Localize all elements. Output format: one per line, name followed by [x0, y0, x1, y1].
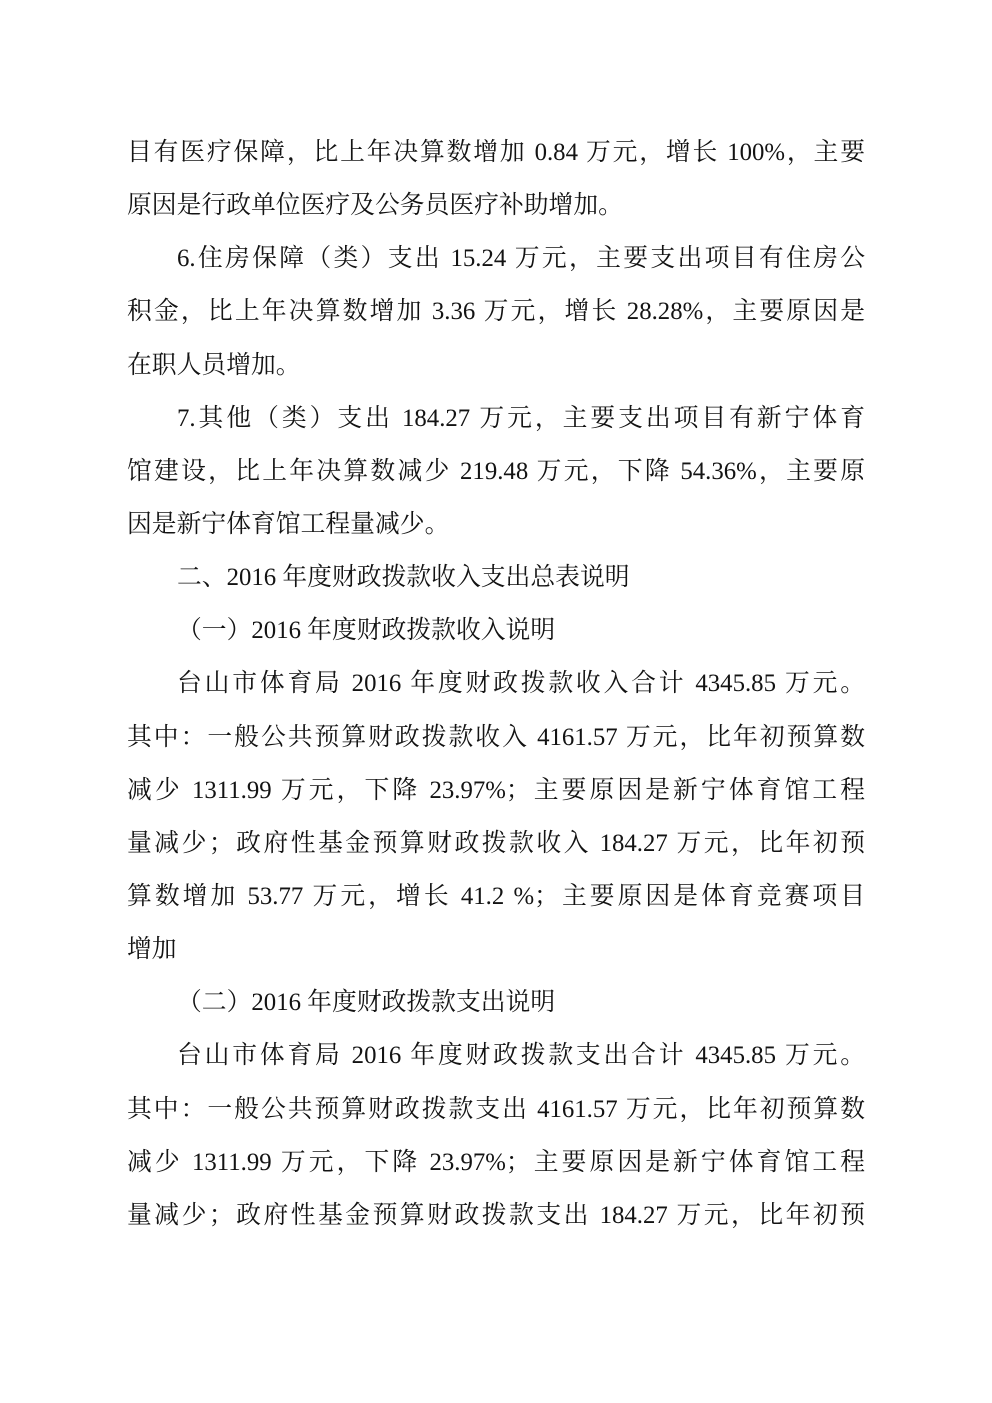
- text-line: 其中：一般公共预算财政拨款支出 4161.57 万元，比年初预算数: [127, 1083, 865, 1136]
- text-line: 目有医疗保障，比上年决算数增加 0.84 万元，增长 100%，主要: [127, 126, 865, 179]
- text-line: 其中：一般公共预算财政拨款收入 4161.57 万元，比年初预算数: [127, 711, 865, 764]
- section-heading: （一）2016 年度财政拨款收入说明: [127, 604, 865, 657]
- text-line: 算数增加 53.77 万元，增长 41.2 %；主要原因是体育竞赛项目: [127, 870, 865, 923]
- text-line: 7.其他（类）支出 184.27 万元，主要支出项目有新宁体育: [127, 392, 865, 445]
- text-line: 台山市体育局 2016 年度财政拨款支出合计 4345.85 万元。: [127, 1029, 865, 1082]
- section-heading: （二）2016 年度财政拨款支出说明: [127, 976, 865, 1029]
- text-line: 量减少；政府性基金预算财政拨款收入 184.27 万元，比年初预: [127, 817, 865, 870]
- text-line: 6.住房保障（类）支出 15.24 万元，主要支出项目有住房公: [127, 232, 865, 285]
- section-heading: 二、2016 年度财政拨款收入支出总表说明: [127, 551, 865, 604]
- text-line: 增加: [127, 923, 865, 976]
- text-line: 量减少；政府性基金预算财政拨款支出 184.27 万元，比年初预: [127, 1189, 865, 1242]
- text-line: 减少 1311.99 万元，下降 23.97%；主要原因是新宁体育馆工程: [127, 764, 865, 817]
- document-page: 目有医疗保障，比上年决算数增加 0.84 万元，增长 100%，主要 原因是行政…: [0, 0, 992, 1403]
- text-line: 原因是行政单位医疗及公务员医疗补助增加。: [127, 179, 865, 232]
- text-line: 馆建设，比上年决算数减少 219.48 万元，下降 54.36%，主要原: [127, 445, 865, 498]
- text-line: 因是新宁体育馆工程量减少。: [127, 498, 865, 551]
- text-line: 在职人员增加。: [127, 339, 865, 392]
- document-body: 目有医疗保障，比上年决算数增加 0.84 万元，增长 100%，主要 原因是行政…: [127, 126, 865, 1242]
- text-line: 减少 1311.99 万元，下降 23.97%；主要原因是新宁体育馆工程: [127, 1136, 865, 1189]
- text-line: 积金，比上年决算数增加 3.36 万元，增长 28.28%，主要原因是: [127, 285, 865, 338]
- text-line: 台山市体育局 2016 年度财政拨款收入合计 4345.85 万元。: [127, 657, 865, 710]
